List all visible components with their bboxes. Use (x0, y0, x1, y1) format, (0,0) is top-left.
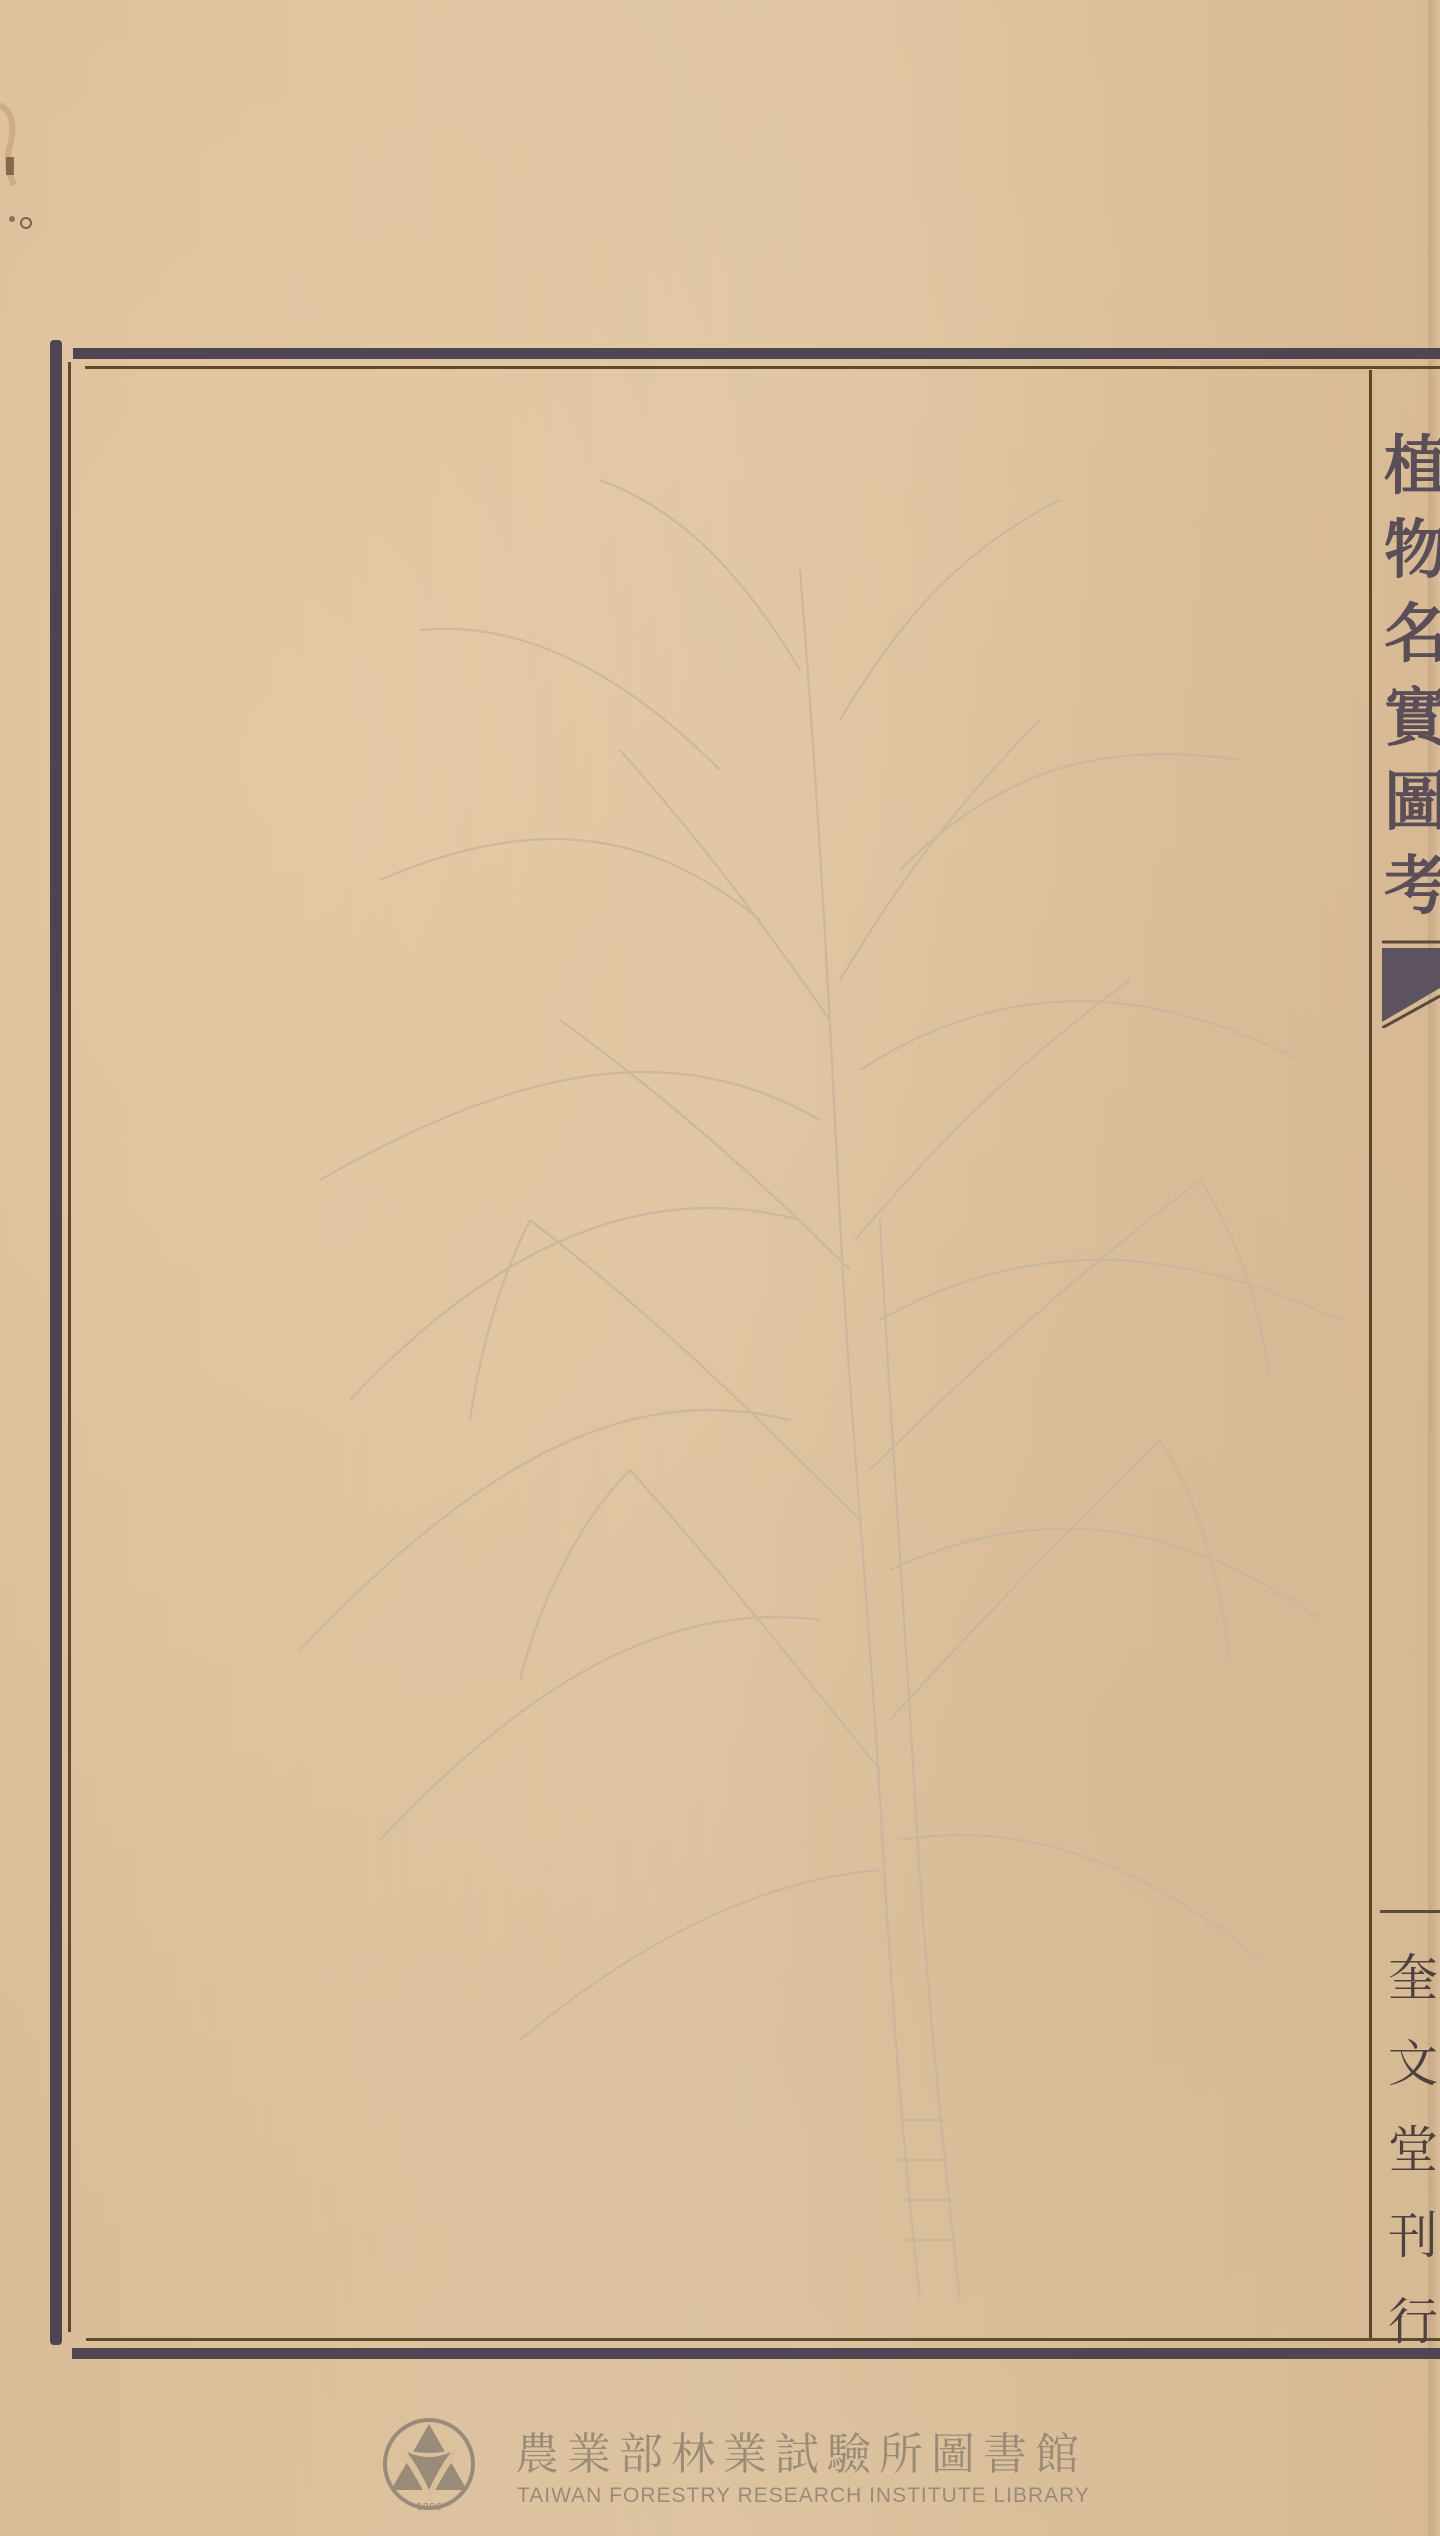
title-char: 考 (1384, 845, 1440, 929)
frame-outer-left-border (50, 340, 62, 2345)
institute-logo-icon: 1896 (375, 2410, 483, 2518)
binding-thread-mark (0, 95, 38, 245)
library-name-english: TAIWAN FORESTRY RESEARCH INSTITUTE LIBRA… (517, 2484, 1090, 2508)
frame-outer-top-border (73, 348, 1440, 359)
library-name-chinese: 農業部林業試驗所圖書館 (515, 2418, 1087, 2482)
title-char: 名 (1384, 593, 1440, 677)
publisher-char: 堂 (1386, 2107, 1440, 2193)
publisher-separator-rule (1380, 1910, 1440, 1913)
banxin-title: 植 物 名 實 圖 考 (1380, 425, 1440, 929)
frame-inner-bottom-border (86, 2338, 1440, 2341)
svg-text:1896: 1896 (416, 2502, 441, 2513)
frame-inner-left-border (68, 362, 71, 2332)
publisher-char: 行 (1386, 2279, 1440, 2365)
frame-inner-top-border (85, 366, 1440, 369)
publisher-char: 奎 (1386, 1935, 1440, 2021)
title-char: 實 (1384, 677, 1440, 761)
plant-illustration (200, 420, 1360, 2320)
publisher-char: 文 (1386, 2021, 1440, 2107)
publisher-char: 刊 (1386, 2193, 1440, 2279)
title-char: 物 (1384, 509, 1440, 593)
banxin-divider-line (1369, 370, 1372, 2338)
publisher-imprint: 奎 文 堂 刊 行 (1386, 1935, 1440, 2365)
title-char: 植 (1384, 425, 1440, 509)
title-char: 圖 (1384, 761, 1440, 845)
frame-outer-bottom-border (72, 2348, 1440, 2359)
library-watermark: 1896 農業部林業試驗所圖書館 TAIWAN FORESTRY RESEARC… (375, 2410, 1075, 2520)
fishtail-mark-icon (1382, 938, 1440, 1028)
